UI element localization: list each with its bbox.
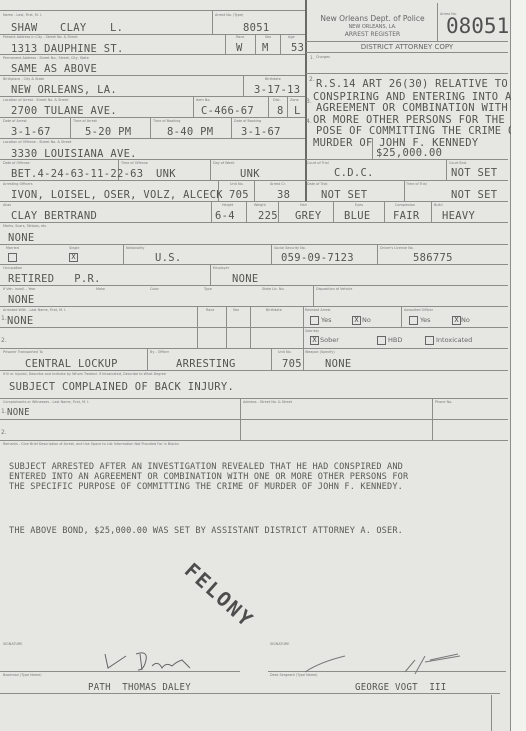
form-title: ARREST REGISTER	[310, 31, 435, 38]
rule	[404, 180, 405, 201]
resisted-yes-label: Yes	[321, 316, 332, 324]
date-of-offense-label: Date of Offense	[3, 161, 30, 165]
employer: NONE	[232, 273, 259, 286]
weapon-label: Weapon (Specify)	[305, 350, 335, 354]
present-address-label: Present Address in City - Street No. & S…	[3, 35, 78, 39]
rule	[0, 440, 508, 441]
occupation-label: Occupation	[3, 266, 22, 270]
single-checkbox[interactable]: X	[69, 253, 78, 262]
height: 6-4	[215, 210, 235, 223]
arrest-cr-label: Arrest Cr.	[270, 182, 286, 186]
birthplace: NEW ORLEANS, LA.	[11, 84, 117, 97]
location-of-offense-label: Location of Offense - Street No. & Stree…	[3, 140, 71, 144]
alias-label: Alias	[3, 203, 11, 207]
sex-label-2: Sex	[233, 308, 239, 312]
zone: L	[294, 105, 301, 118]
address-label: Address - Street No. & Street	[243, 400, 292, 404]
rule	[431, 201, 432, 222]
unit-no-label-2: Unit No.	[278, 350, 292, 354]
arrested-with-label: Arrested With - Last Name, First, M. I.	[3, 308, 66, 312]
permanent-address: SAME AS ABOVE	[11, 63, 97, 76]
permanent-address-label: Permanent Address - Street No., Street, …	[3, 56, 89, 60]
bookman-label: Bookman (Type Name)	[3, 673, 42, 677]
last-name: SHAW	[11, 22, 38, 35]
rule	[243, 75, 244, 96]
bond-amount: $25,000.00	[376, 147, 442, 160]
rule	[313, 285, 314, 306]
rule	[401, 306, 402, 327]
height-label: Height	[222, 203, 233, 207]
court-bond: NOT SET	[451, 167, 497, 180]
department-name: New Orleans Dept. of Police	[310, 14, 435, 23]
zone-label: Zone	[290, 98, 299, 102]
complainant-1: NONE	[7, 408, 30, 419]
rule	[250, 306, 251, 348]
transporting-officer: ARRESTING	[176, 358, 236, 371]
day-of-week: UNK	[240, 168, 260, 181]
rule	[226, 306, 227, 348]
day-of-week-label: Day of Week	[213, 161, 234, 165]
vehicle: NONE	[8, 294, 35, 307]
eyes-label: Eyes	[355, 203, 363, 207]
assaulted-officer-label: Assaulted Officer	[404, 308, 433, 312]
rule	[306, 41, 508, 42]
resisted-arrest-label: Resisted Arrest	[305, 308, 331, 312]
alias: CLAY BERTRAND	[11, 210, 97, 223]
arresting-officers: IVON, LOISEL, OSER, VOLZ, ALCECK	[11, 189, 223, 202]
rule	[491, 695, 492, 731]
type-label: Type	[204, 287, 212, 291]
charge-line-5: POSE OF COMMITTING THE CRIME OF	[316, 125, 521, 138]
unit-no: 705	[229, 189, 249, 202]
hbd-label: HBD	[388, 336, 402, 344]
color-label: Color	[150, 287, 159, 291]
rule	[268, 96, 269, 117]
weight: 225	[258, 210, 278, 223]
arrested-with-num-1: 1.	[1, 315, 7, 322]
rule	[306, 180, 508, 181]
remarks-label: Remarks - Give Brief Description of Arre…	[3, 442, 179, 446]
nationality-label: Nationality	[126, 246, 144, 250]
rule	[278, 201, 279, 222]
age-label: Age	[288, 35, 295, 39]
rule	[287, 96, 288, 117]
transported-to: CENTRAL LOCKUP	[25, 358, 118, 371]
court-of-trial: C.D.C.	[334, 167, 374, 180]
married-label: Married	[6, 246, 19, 250]
rule	[377, 244, 378, 264]
intoxicated-checkbox[interactable]	[425, 336, 434, 345]
arrest-number: 08051	[446, 14, 509, 38]
rule	[211, 201, 212, 222]
rule	[446, 159, 447, 180]
date-of-booking-label: Date of Booking	[234, 119, 261, 123]
nationality: U.S.	[155, 252, 182, 265]
rule	[197, 306, 198, 348]
sober-checkbox[interactable]: X	[310, 336, 319, 345]
married-checkbox[interactable]	[8, 253, 17, 262]
assaulted-no-label: No	[461, 316, 470, 324]
hair-color: GREY	[295, 210, 322, 223]
complexion: FAIR	[393, 210, 420, 223]
injury-label: If Ill or Injured, Describe and Indicate…	[3, 372, 166, 376]
arrest-register-form: New Orleans Dept. of Police NEW ORLEANS,…	[0, 0, 511, 731]
weapon: NONE	[325, 358, 352, 371]
rule	[254, 180, 255, 201]
unit-no-label: Unit No.	[230, 182, 244, 186]
sex-label: Sex	[265, 35, 271, 39]
time-of-arrest-label: Time of Arrest	[73, 119, 97, 123]
birthdate-label: Birthdate	[265, 77, 281, 81]
time-of-arrest: 5-20 PM	[85, 126, 131, 139]
resisted-no-label: No	[362, 316, 371, 324]
remarks-line-1: SUBJECT ARRESTED AFTER AN INVESTIGATION …	[9, 462, 403, 473]
rule	[306, 52, 508, 53]
time-of-trial-label: Time of Trial	[406, 182, 427, 186]
remarks-bond-note: THE ABOVE BOND, $25,000.00 WAS SET BY AS…	[9, 526, 403, 537]
employer-label: Employer	[213, 266, 229, 270]
bookman-signature	[100, 648, 200, 674]
arrest-no-type-label: Arrest No. (Type)	[215, 13, 243, 17]
rule	[333, 201, 334, 222]
rule	[432, 398, 433, 440]
time-of-offense: UNK	[156, 168, 176, 181]
charges-num-4: 4.	[306, 118, 312, 125]
arresting-officers-label: Arresting Officers	[3, 182, 33, 186]
sex: M	[262, 42, 269, 55]
copy-designation: DISTRICT ATTORNEY COPY	[306, 43, 508, 51]
charge-line-3: AGREEMENT OR COMBINATION WITH ONE	[316, 102, 526, 115]
charges-num-2: 2.	[309, 76, 315, 83]
by-officer-label: By - Officer	[150, 350, 169, 354]
make-label: Make	[96, 287, 105, 291]
rule	[271, 348, 272, 370]
birthplace-label: Birthplace - City & State	[3, 77, 44, 81]
charges-num-3: 3.	[306, 98, 312, 105]
assaulted-no-checkbox[interactable]: X	[452, 316, 461, 325]
complainant-num-1: 1.	[1, 408, 7, 415]
charge-line-1: R.S.14 ART 26(30) RELATIVE TO	[316, 78, 508, 91]
bookman-name: PATH THOMAS DALEY	[88, 683, 191, 694]
location-of-arrest-label: Location of Arrest - Street No. & Street	[3, 98, 68, 102]
race-label-2: Race	[206, 308, 214, 312]
date-of-arrest: 3-1-67	[11, 126, 51, 139]
social-security-no: 059-09-7123	[281, 252, 354, 265]
rule	[384, 201, 385, 222]
birthdate-label-2: Birthdate	[266, 308, 282, 312]
state-lic-label: State Lic. No.	[262, 287, 285, 291]
sergeant-signature	[300, 650, 460, 680]
arrested-with-1: NONE	[7, 315, 34, 328]
rule	[123, 244, 124, 264]
charges-num-1: 1.	[310, 55, 314, 60]
single-label: Single	[69, 246, 79, 250]
weight-label: Weight	[254, 203, 266, 207]
court-bond-label: Court Bnd.	[449, 161, 467, 165]
date-of-trial-label: Date of Trial	[307, 182, 327, 186]
hair-label: Hair	[300, 203, 307, 207]
rule	[246, 201, 247, 222]
birthdate: 3-17-13	[254, 84, 300, 97]
build-label: Build	[434, 203, 443, 207]
signature-label-sergeant: SIGNATURE	[270, 642, 289, 646]
district: 8	[277, 105, 284, 118]
unit-no-2: 705	[282, 358, 302, 371]
signature-label-bookman: SIGNATURE	[3, 642, 22, 646]
item-no: C-466-67	[201, 105, 254, 118]
occupation: RETIRED P.R.	[8, 273, 101, 286]
desk-sergeant-label: Desk Sergeant (Type Name)	[270, 673, 317, 677]
rule	[0, 348, 508, 349]
age: 53	[291, 42, 304, 55]
rule	[0, 327, 508, 328]
charges-label: Charges	[316, 55, 330, 59]
rule	[210, 159, 211, 180]
time-of-booking-label: Time of Booking	[153, 119, 180, 123]
drivers-license-no: 586775	[413, 252, 453, 265]
rule	[280, 34, 281, 54]
rule	[212, 10, 213, 34]
rule	[150, 117, 151, 138]
complainants-label: Complainants or Witnesses - Last Name, F…	[3, 400, 89, 404]
first-name: CLAY	[60, 22, 87, 35]
arrest-cr: 38	[277, 189, 290, 202]
page-edge	[511, 0, 526, 731]
race: W	[236, 42, 243, 55]
rule	[70, 117, 71, 138]
rule	[303, 306, 304, 370]
marks-scars-tattoos: NONE	[8, 232, 35, 245]
drivers-license-label: Driver's License No.	[380, 246, 414, 250]
desk-sergeant-name: GEORGE VOGT III	[355, 683, 447, 694]
date-of-arrest-label: Date of Arrest	[3, 119, 27, 123]
intoxicated-label: Intoxicated	[436, 336, 472, 344]
rule	[231, 117, 232, 138]
rule	[225, 34, 226, 54]
rule	[255, 34, 256, 54]
rule	[210, 264, 211, 285]
rule	[271, 244, 272, 264]
date-of-booking: 3-1-67	[241, 126, 281, 139]
rule	[437, 3, 438, 41]
disposition-vehicle-label: Disposition of Vehicle	[316, 287, 352, 291]
resisted-yes-checkbox[interactable]	[310, 316, 319, 325]
complainant-num-2: 2.	[1, 429, 7, 436]
rule	[0, 244, 508, 245]
middle-initial: L.	[110, 22, 123, 35]
felony-stamp: FELONY	[180, 558, 259, 632]
location-of-arrest: 2700 TULANE AVE.	[11, 105, 117, 118]
transported-to-label: Prisoner Transported To	[3, 350, 43, 354]
hbd-checkbox[interactable]	[377, 336, 386, 345]
complexion-label: Complexion	[395, 203, 415, 207]
sobriety-label: Sobriety	[305, 329, 319, 333]
rule	[0, 306, 508, 307]
vehicle-year-label: If Veh. Involl. - Year	[3, 287, 35, 291]
item-no-label: Item No.	[196, 98, 210, 102]
resisted-no-checkbox[interactable]: X	[352, 316, 361, 325]
rule	[147, 348, 148, 370]
rule	[240, 398, 241, 440]
assaulted-yes-checkbox[interactable]	[409, 316, 418, 325]
arrest-no-typed: 8051	[243, 22, 270, 35]
race-label: Race	[236, 35, 244, 39]
remarks-line-2: ENTERED INTO AN AGREEMENT OR COMBINATION…	[9, 472, 408, 483]
rule	[193, 96, 194, 117]
rule	[0, 10, 305, 11]
remarks-line-3: THE SPECIFIC PURPOSE OF COMMITTING THE C…	[9, 482, 403, 493]
dist-label: Dist.	[273, 98, 281, 102]
time-of-offense-label: Time of Offense	[121, 161, 148, 165]
date-of-offense: BET.4-24-63-11-22-63	[11, 168, 143, 181]
phone-label: Phone No.	[435, 400, 452, 404]
present-address: 1313 DAUPHINE ST.	[11, 43, 124, 56]
ssn-label: Social Security No.	[274, 246, 306, 250]
time-of-booking: 8-40 PM	[167, 126, 213, 139]
build: HEAVY	[442, 210, 475, 223]
rule	[306, 73, 508, 74]
department-city: NEW ORLEANS, LA.	[310, 24, 435, 30]
eye-color: BLUE	[344, 210, 371, 223]
date-of-trial: NOT SET	[321, 189, 367, 202]
assaulted-yes-label: Yes	[420, 316, 431, 324]
court-of-trial-label: Court of Trial	[307, 161, 329, 165]
injury-description: SUBJECT COMPLAINED OF BACK INJURY.	[9, 381, 234, 394]
marks-label: Marks, Scars, Tattoos, etc.	[3, 224, 47, 228]
arrested-with-num-2: 2.	[1, 337, 7, 344]
name-label: Name - Last, First, M. I.	[3, 13, 42, 17]
time-of-trial: NOT SET	[451, 189, 497, 202]
sober-label: Sober	[320, 336, 339, 344]
